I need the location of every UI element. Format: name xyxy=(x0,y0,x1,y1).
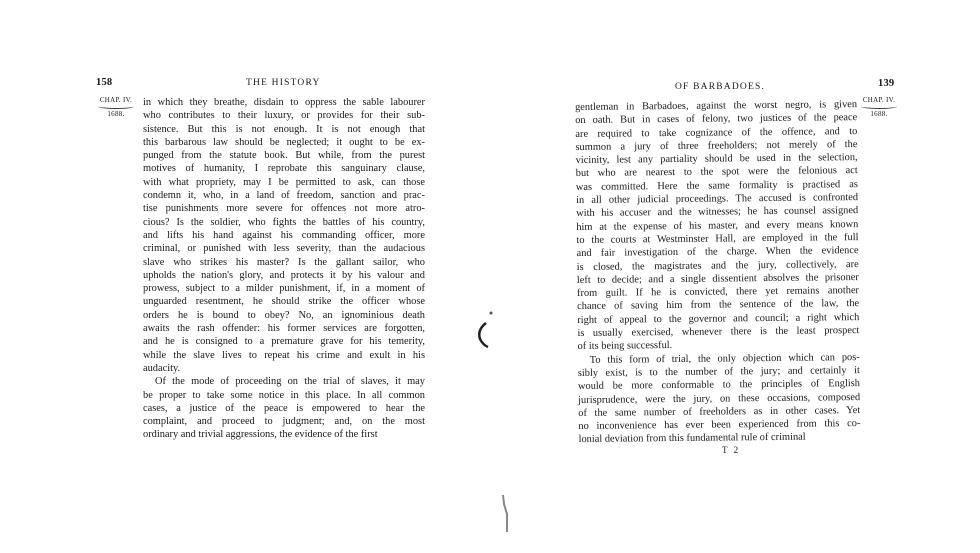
text-line: tise punishments more severe for offence… xyxy=(143,202,425,215)
text-line: while the slave lives to repeat his crim… xyxy=(143,349,425,362)
text-line: criminal, or punished with less severity… xyxy=(143,242,425,255)
margin-note: CHAP. IV. 1688. xyxy=(95,96,137,118)
running-head: OF BARBADOES. xyxy=(675,82,765,92)
text-line: in which they breathe, disdain to oppres… xyxy=(143,96,425,109)
signature-mark: T 2 xyxy=(722,445,740,455)
brace-icon xyxy=(861,104,897,109)
text-line: unguarded resentment, he should strike t… xyxy=(143,295,425,308)
text-line: audacity. xyxy=(143,362,425,375)
text-line: cases, a justice of the peace is empower… xyxy=(143,402,425,415)
running-head: THE HISTORY xyxy=(246,78,321,88)
text-line: with what propriety, may I be permitted … xyxy=(143,176,425,189)
text-line: this barbarous law should be neglected; … xyxy=(143,136,425,149)
margin-year: 1688. xyxy=(107,110,124,118)
text-line: ordinary and trivial aggressions, the ev… xyxy=(143,428,425,441)
text-line: sistence. But this is not enough. It is … xyxy=(143,123,425,136)
text-line: prowess, subject to a milder punishment,… xyxy=(143,282,425,295)
scan-artifact-icon xyxy=(497,492,513,537)
text-line: motives of humanity, I reprobate this sa… xyxy=(143,162,425,175)
margin-year: 1688. xyxy=(870,110,887,118)
left-page: 158 THE HISTORY CHAP. IV. 1688. in which… xyxy=(0,0,470,553)
right-page: OF BARBADOES. 139 CHAP. IV. 1688. gentle… xyxy=(510,0,980,553)
text-line: and he is consigned to a premature grave… xyxy=(143,335,425,348)
text-line: upholds the nation's glory, and protects… xyxy=(143,269,425,282)
page-number: 158 xyxy=(96,77,112,88)
text-line: awaits the rash offender: his former ser… xyxy=(143,322,425,335)
text-line: punged from the statute book. But while,… xyxy=(143,149,425,162)
text-line: orders he is bound to obey? No, an ignom… xyxy=(143,309,425,322)
body-text: gentleman in Barbadoes, against the wors… xyxy=(575,98,861,447)
scan-artifact-icon xyxy=(470,305,500,355)
text-line: who contributes to their luxury, or prov… xyxy=(143,109,425,122)
text-line: complaint, and proceed to judgment; and,… xyxy=(143,415,425,428)
text-line: lonial deviation from this fundamental r… xyxy=(578,430,860,446)
brace-icon xyxy=(98,104,134,109)
margin-note: CHAP. IV. 1688. xyxy=(858,96,900,118)
text-line: Of the mode of proceeding on the trial o… xyxy=(143,375,425,388)
text-line: cious? Is the soldier, who fights the ba… xyxy=(143,216,425,229)
text-line: and lifts his hand against his commandin… xyxy=(143,229,425,242)
text-line: be proper to take some notice in this pl… xyxy=(143,389,425,402)
margin-chapter: CHAP. IV. xyxy=(100,96,132,104)
text-line: condemn it, who, in a land of freedom, s… xyxy=(143,189,425,202)
margin-chapter: CHAP. IV. xyxy=(863,96,895,104)
page-number: 139 xyxy=(878,78,894,89)
text-line: slave who strikes his master? Is the gal… xyxy=(143,256,425,269)
body-text: in which they breathe, disdain to oppres… xyxy=(143,96,425,442)
